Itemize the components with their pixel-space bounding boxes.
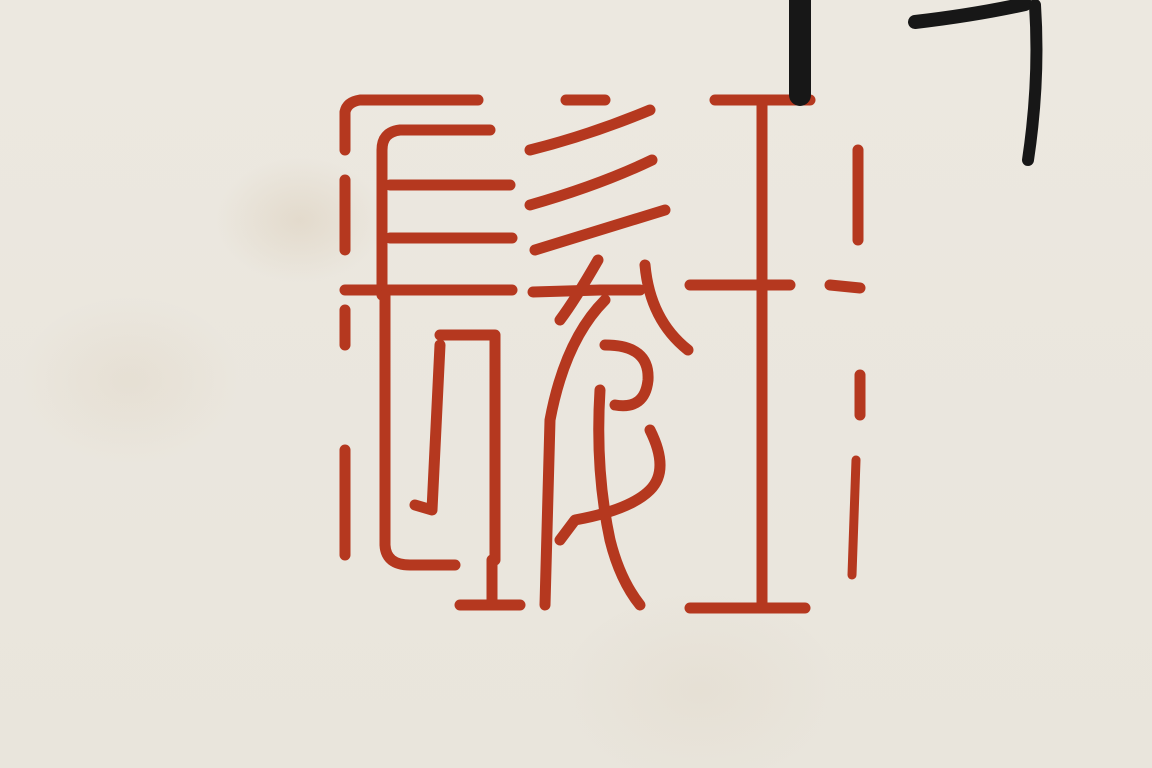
seal-impression	[0, 0, 1152, 768]
ink-brush-strokes	[800, 0, 1036, 160]
